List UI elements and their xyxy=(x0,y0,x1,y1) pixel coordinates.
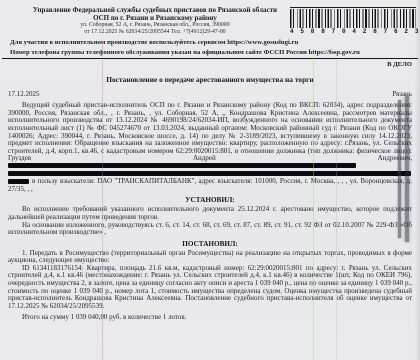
in-case-stamp: В ДЕЛО xyxy=(0,59,420,68)
document-date: 17.12.2025 xyxy=(8,90,40,98)
gosuslugi-notice: Для участия в исполнительном производств… xyxy=(10,38,412,47)
service-notices: Для участия в исполнительном производств… xyxy=(0,35,420,57)
findings-paragraph: Во исполнение требований указанного испо… xyxy=(8,206,412,221)
preamble-text: Ведущий судебный пристав-исполнитель ОСП… xyxy=(8,101,412,162)
scanned-document-page: Управление Федеральной службы судебных п… xyxy=(0,0,420,360)
document-header: Управление Федеральной службы судебных п… xyxy=(0,0,420,35)
postanovil-heading: ПОСТАНОВИЛ: xyxy=(8,240,412,248)
creditor-paragraph: в пользу взыскателя: ПАО "ТРАНСКАПИТАЛБА… xyxy=(8,178,412,193)
date-city-row: 17.12.2025 Рязань xyxy=(0,90,420,98)
ustanovil-heading: УСТАНОВИЛ: xyxy=(8,196,412,204)
barcode-icon xyxy=(290,9,416,28)
total-sum-paragraph: Итого на сумму 1 039 040,00 руб. в колич… xyxy=(8,314,412,322)
document-title: Постановление о передаче арестованного и… xyxy=(0,75,420,84)
legal-basis-paragraph: На основании изложенного, руководствуясь… xyxy=(8,222,412,237)
authority-address: ул. Соборная, 52 А, г. Рязань, Рязанская… xyxy=(26,22,284,29)
creditor-text: в пользу взыскателя: ПАО "ТРАНСКАПИТАЛБА… xyxy=(8,177,412,193)
barcode-block: 4 5 8 8 7 0 4 2 8 7 6 2 3 4 xyxy=(290,7,416,35)
redaction-bar-1 xyxy=(8,163,356,168)
redaction-bar-3 xyxy=(8,179,29,184)
order-paragraph: 1. Передать в Росимущество (территориаль… xyxy=(8,250,412,265)
document-city: Рязань xyxy=(392,90,412,98)
document-body: Ведущий судебный пристав-исполнитель ОСП… xyxy=(0,98,420,322)
fssp-phone-notice: Номер телефона группы телефонного обслуж… xyxy=(10,48,412,57)
document-ref-number: от 17.12.2025 № 62034/25/2095544 Тел. +7… xyxy=(26,29,284,36)
property-details-paragraph: ID 61341183176154: Квартира, площадь 21.… xyxy=(8,265,412,311)
issuing-authority-block: Управление Федеральной службы судебных п… xyxy=(26,7,284,35)
preamble-paragraph: Ведущий судебный пристав-исполнитель ОСП… xyxy=(8,102,412,178)
redaction-bar-2 xyxy=(8,171,411,176)
barcode-digits: 4 5 8 8 7 0 4 2 8 7 6 2 3 4 xyxy=(290,28,416,35)
